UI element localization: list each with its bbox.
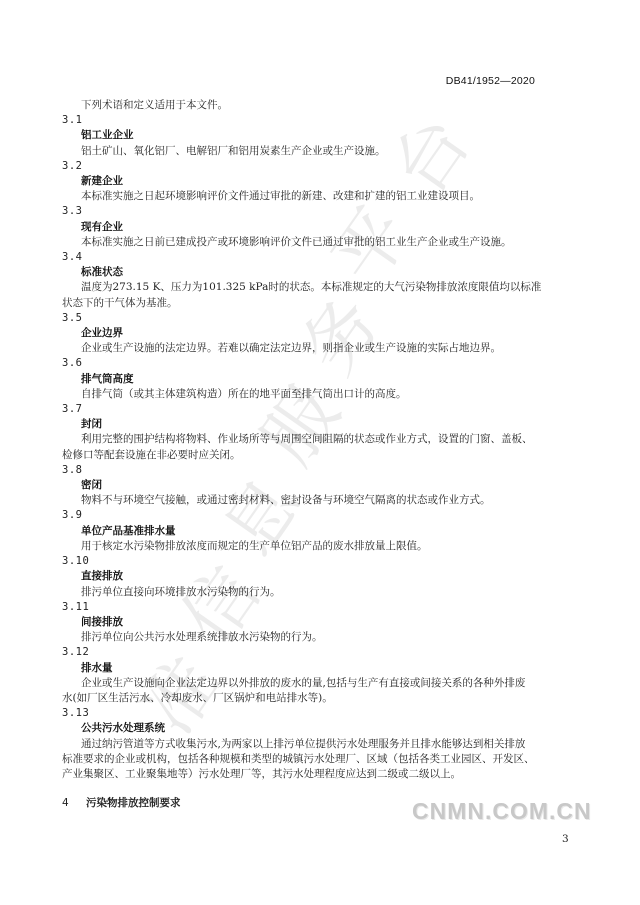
term-title: 排气筒高度: [62, 372, 482, 387]
term-title: 排水量: [62, 661, 482, 676]
term-number: 3.1: [62, 113, 482, 128]
term-title: 企业边界: [62, 326, 482, 341]
term-definition: 产业集聚区、工业聚集地等）污水处理厂等，其污水处理程度应达到二级或二级以上。: [62, 767, 482, 782]
term-definition: 铝土矿山、氧化铝厂、电解铝厂和铝用炭素生产企业或生产设施。: [62, 144, 482, 159]
term-definition: 利用完整的围护结构将物料、作业场所等与周围空间阻隔的状态或作业方式，设置的门窗、…: [62, 432, 482, 447]
intro-text: 下列术语和定义适用于本文件。: [62, 98, 482, 113]
term-number: 3.4: [62, 250, 482, 265]
term-definition: 用于核定水污染物排放浓度而规定的生产单位铝产品的废水排放量上限值。: [62, 539, 482, 554]
term-definition: 检修口等配套设施在非必要时应关闭。: [62, 448, 482, 463]
term-number: 3.2: [62, 159, 482, 174]
document-page: 台 平 务 服 息 信 准 DB41/1952—2020 下列术语和定义适用于本…: [0, 0, 640, 905]
term-number: 3.13: [62, 706, 482, 721]
term-definition: 水(如厂区生活污水、冷却废水、厂区锅炉和电站排水等)。: [62, 691, 482, 706]
term-title: 新建企业: [62, 174, 482, 189]
term-definition: 温度为273.15 K、压力为101.325 kPa时的状态。本标准规定的大气污…: [62, 280, 482, 295]
term-entry: 3.12排水量企业或生产设施向企业法定边界以外排放的废水的量,包括与生产有直接或…: [62, 645, 482, 706]
term-definition: 物料不与环境空气接触，或通过密封材料、密封设备与环境空气隔离的状态或作业方式。: [62, 493, 482, 508]
section-number: 4: [62, 796, 86, 811]
term-title: 封闭: [62, 417, 482, 432]
term-entry: 3.7封闭利用完整的围护结构将物料、作业场所等与周围空间阻隔的状态或作业方式，设…: [62, 402, 482, 463]
term-title: 间接排放: [62, 615, 482, 630]
term-number: 3.5: [62, 311, 482, 326]
term-entry: 3.5企业边界企业或生产设施的法定边界。若难以确定法定边界，则指企业或生产设施的…: [62, 311, 482, 357]
term-entry: 3.6排气筒高度自排气筒（或其主体建筑构造）所在的地平面至排气筒出口计的高度。: [62, 356, 482, 402]
page-number: 3: [562, 833, 569, 845]
term-definition: 通过纳污管道等方式收集污水,为两家以上排污单位提供污水处理服务并且排水能够达到相…: [62, 737, 482, 752]
term-definition: 排污单位直接向环境排放水污染物的行为。: [62, 585, 482, 600]
term-number: 3.10: [62, 554, 482, 569]
term-number: 3.11: [62, 600, 482, 615]
term-definition: 企业或生产设施的法定边界。若难以确定法定边界，则指企业或生产设施的实际占地边界。: [62, 341, 482, 356]
document-body: 下列术语和定义适用于本文件。 3.1铝工业企业铝土矿山、氧化铝厂、电解铝厂和铝用…: [62, 98, 482, 811]
term-entry: 3.8密闭物料不与环境空气接触，或通过密封材料、密封设备与环境空气隔离的状态或作…: [62, 463, 482, 509]
term-title: 标准状态: [62, 265, 482, 280]
term-title: 密闭: [62, 478, 482, 493]
site-watermark: CNMN.COM.CN: [412, 798, 592, 825]
term-title: 铝工业企业: [62, 128, 482, 143]
term-number: 3.3: [62, 204, 482, 219]
term-entry: 3.9单位产品基准排水量用于核定水污染物排放浓度而规定的生产单位铝产品的废水排放…: [62, 508, 482, 554]
term-number: 3.7: [62, 402, 482, 417]
term-title: 现有企业: [62, 220, 482, 235]
term-number: 3.12: [62, 645, 482, 660]
standard-code: DB41/1952—2020: [446, 75, 535, 87]
term-number: 3.9: [62, 508, 482, 523]
term-title: 公共污水处理系统: [62, 721, 482, 736]
term-definition: 状态下的干气体为基准。: [62, 296, 482, 311]
section-title: 污染物排放控制要求: [86, 797, 181, 809]
term-definition: 标准要求的企业或机构，包括各种规模和类型的城镇污水处理厂、区域（包括各类工业园区…: [62, 752, 482, 767]
term-entry: 3.10直接排放排污单位直接向环境排放水污染物的行为。: [62, 554, 482, 600]
term-entry: 3.4标准状态温度为273.15 K、压力为101.325 kPa时的状态。本标…: [62, 250, 482, 311]
term-definition: 企业或生产设施向企业法定边界以外排放的废水的量,包括与生产有直接或间接关系的各种…: [62, 676, 482, 691]
term-definition: 本标准实施之日前已建成投产或环境影响评价文件已通过审批的铝工业生产企业或生产设施…: [62, 235, 482, 250]
term-title: 单位产品基准排水量: [62, 524, 482, 539]
terms-list: 3.1铝工业企业铝土矿山、氧化铝厂、电解铝厂和铝用炭素生产企业或生产设施。3.2…: [62, 113, 482, 782]
term-entry: 3.11间接排放排污单位向公共污水处理系统排放水污染物的行为。: [62, 600, 482, 646]
term-definition: 排污单位向公共污水处理系统排放水污染物的行为。: [62, 630, 482, 645]
term-entry: 3.2新建企业本标准实施之日起环境影响评价文件通过审批的新建、改建和扩建的铝工业…: [62, 159, 482, 205]
term-number: 3.6: [62, 356, 482, 371]
term-number: 3.8: [62, 463, 482, 478]
term-entry: 3.3现有企业本标准实施之日前已建成投产或环境影响评价文件已通过审批的铝工业生产…: [62, 204, 482, 250]
term-entry: 3.1铝工业企业铝土矿山、氧化铝厂、电解铝厂和铝用炭素生产企业或生产设施。: [62, 113, 482, 159]
term-title: 直接排放: [62, 569, 482, 584]
term-definition: 自排气筒（或其主体建筑构造）所在的地平面至排气筒出口计的高度。: [62, 387, 482, 402]
term-definition: 本标准实施之日起环境影响评价文件通过审批的新建、改建和扩建的铝工业建设项目。: [62, 189, 482, 204]
term-entry: 3.13公共污水处理系统通过纳污管道等方式收集污水,为两家以上排污单位提供污水处…: [62, 706, 482, 782]
